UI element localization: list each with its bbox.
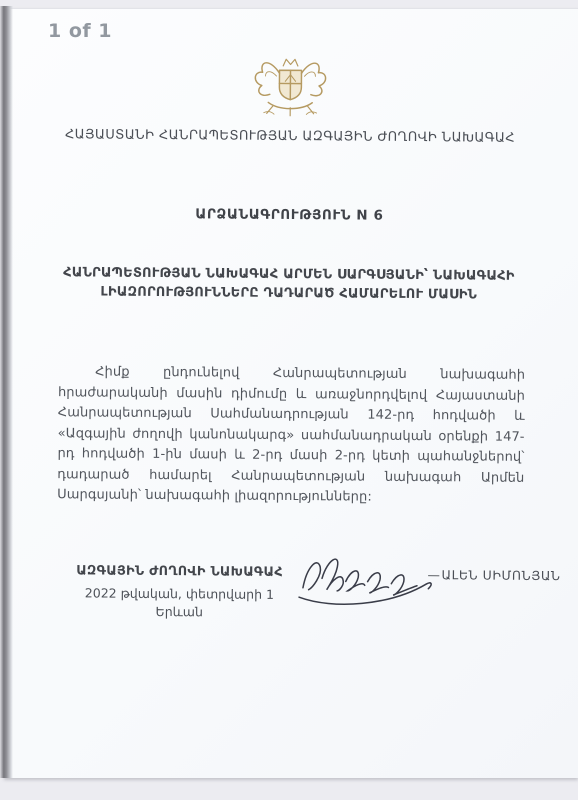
document-title: ԱՐՁԱՆԱԳՐՈՒԹՅՈՒՆ N 6 — [2, 205, 576, 226]
signer-position-title: ԱԶԳԱՅԻՆ ԺՈՂՈՎԻ ՆԱԽԱԳԱՀ — [63, 563, 297, 580]
document-header: ՀԱՅԱՍՏԱՆԻ ՀԱՆՐԱՊԵՏՈՒԹՅԱՆ ԱԶԳԱՅԻՆ ԺՈՂՈՎԻ … — [3, 127, 577, 147]
document-viewer: ՀԱՅԱՍՏԱՆԻ ՀԱՆՐԱՊԵՏՈՒԹՅԱՆ ԱԶԳԱՅԻՆ ԺՈՂՈՎԻ … — [0, 0, 578, 800]
armenia-coat-of-arms-icon — [246, 51, 335, 124]
document-subtitle: ՀԱՆՐԱՊԵՏՈՒԹՅԱՆ ՆԱԽԱԳԱՀ ԱՐՄԵՆ ՍԱՐԳՍՅԱՆԻ՝ … — [2, 263, 576, 306]
signature-block-left: ԱԶԳԱՅԻՆ ԺՈՂՈՎԻ ՆԱԽԱԳԱՀ 2022 թվական, փետր… — [62, 563, 296, 620]
document-page: ՀԱՅԱՍՏԱՆԻ ՀԱՆՐԱՊԵՏՈՒԹՅԱՆ ԱԶԳԱՅԻՆ ԺՈՂՈՎԻ … — [4, 8, 578, 778]
document-content: ՀԱՅԱՍՏԱՆԻ ՀԱՆՐԱՊԵՏՈՒԹՅԱՆ ԱԶԳԱՅԻՆ ԺՈՂՈՎԻ … — [0, 7, 578, 780]
signer-name-line: —ԱԼԵՆ ՍԻՄՈՆՅԱՆ — [428, 567, 561, 583]
page-indicator: 1 of 1 — [48, 20, 112, 42]
document-city: Երևան — [62, 603, 296, 620]
signer-dash: — — [428, 567, 441, 582]
document-date: 2022 թվական, փետրվարի 1 — [62, 585, 296, 602]
signature-handwriting — [293, 545, 446, 616]
signer-name: ԱԼԵՆ ՍԻՄՈՆՅԱՆ — [442, 567, 561, 583]
document-body-paragraph: Հիմք ընդունելով Հանրապետության նախագահի … — [57, 362, 525, 509]
